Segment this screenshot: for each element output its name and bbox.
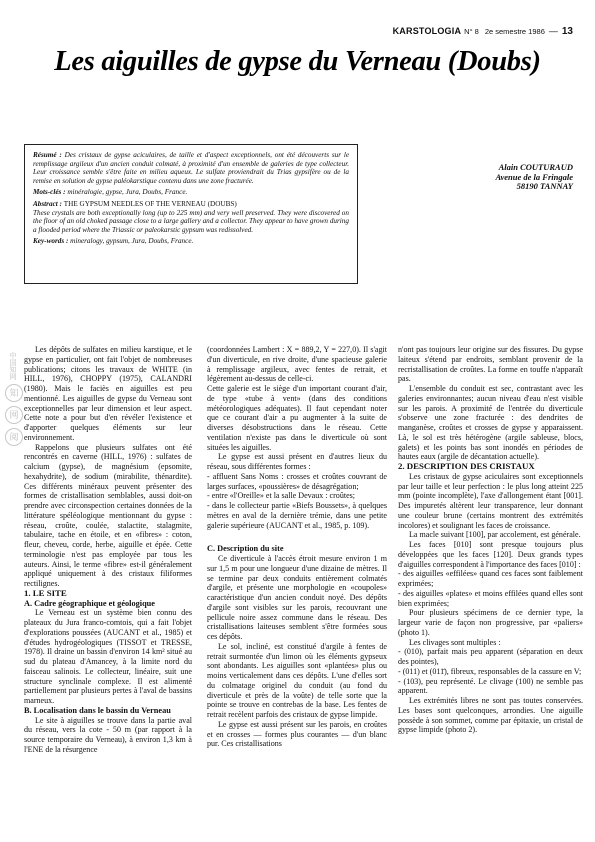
crystals-paragraph-2: La macle suivant [100], par accolement, …: [398, 530, 583, 540]
list-item: - (103), peu représenté. Le clivage (100…: [398, 677, 583, 697]
site-continued-paragraph-1: n'ont pas toujours leur origine sur des …: [398, 345, 583, 384]
author-address-line2: 58190 TANNAY: [495, 182, 573, 192]
dash-separator: —: [549, 26, 558, 36]
subsection-heading-a: A. Cadre géographique et géologique: [24, 599, 192, 609]
list-item: - entre «l'Oreille» et la salle Devaux :…: [207, 491, 387, 501]
journal-name: KARSTOLOGIA: [393, 26, 462, 36]
crystals-paragraph-4: Pour plusieurs spécimens de ce dernier t…: [398, 608, 583, 637]
crystals-paragraph-6: Les extrémités libres ne sont pas toutes…: [398, 696, 583, 735]
page-number: 13: [562, 26, 573, 37]
description-paragraph-3: Le gypse est aussi présent sur les paroi…: [207, 720, 387, 749]
list-item: - des aiguilles «effilées» quand ces fac…: [398, 569, 583, 589]
abstract-label: Abstract :: [33, 200, 62, 208]
watermark-circle-icon: 阅: [5, 428, 23, 446]
list-item: - (010), parfait mais peu apparent (sépa…: [398, 647, 583, 667]
resume-text: Des cristaux de gypse aciculaires, de ta…: [33, 151, 349, 185]
site-paragraph-1: Le Verneau est un système bien connu des…: [24, 608, 192, 706]
description-paragraph-1: Ce diverticule à l'accès étroit mesure e…: [207, 554, 387, 642]
crystals-paragraph-3: Les faces [010] sont presque toujours pl…: [398, 540, 583, 569]
watermark-text: 中国知网: [8, 352, 16, 380]
watermark-circle-icon: 网: [5, 406, 23, 424]
list-item: - dans le collecteur partie «Biefs Bouss…: [207, 501, 387, 530]
issue-semester: 2e semestre 1986: [485, 27, 545, 36]
section-heading-site: 1. LE SITE: [24, 589, 192, 599]
abstract-box: Résumé : Des cristaux de gypse aciculair…: [24, 144, 358, 284]
section-heading-crystals: 2. DESCRIPTION DES CRISTAUX: [398, 462, 583, 472]
abstract-paragraph: Abstract : THE GYPSUM NEEDLES OF THE VER…: [33, 200, 349, 209]
crystals-paragraph-5: Les clivages sont multiples :: [398, 638, 583, 648]
location-paragraph-3: Le gypse est aussi présent en d'autres l…: [207, 452, 387, 472]
author-block: Alain COUTURAUD Avenue de la Fringale 58…: [495, 163, 573, 192]
resume-label: Résumé :: [33, 151, 62, 159]
running-head: KARSTOLOGIAN° 82e semestre 1986—13: [393, 26, 573, 37]
subsection-heading-b: B. Localisation dans le bassin du Vernea…: [24, 706, 192, 716]
subsection-heading-c: C. Description du site: [207, 544, 387, 554]
intro-paragraph-2: Rappelons que plusieurs sulfates ont été…: [24, 443, 192, 589]
column-right: n'ont pas toujours leur origine sur des …: [398, 345, 583, 735]
list-item: - (011) et (011̄), fibreux, responsables…: [398, 667, 583, 677]
list-item: - affluent Sans Noms : crosses et croûte…: [207, 472, 387, 492]
description-paragraph-2: Le sol, incliné, est constitué d'argile …: [207, 642, 387, 720]
abstract-title: THE GYPSUM NEEDLES OF THE VERNEAU (DOUBS…: [64, 200, 237, 208]
cnki-watermark: 中国知网 知 网 阅: [4, 352, 26, 446]
column-middle: (coordonnées Lambert : X = 889,2, Y = 22…: [207, 345, 387, 749]
resume-paragraph: Résumé : Des cristaux de gypse aciculair…: [33, 151, 349, 185]
crystals-paragraph-1: Les cristaux de gypse aciculaires sont e…: [398, 472, 583, 531]
keywords-label: Key-words :: [33, 237, 68, 245]
motscles-paragraph: Mots-clés : minéralogie, gypse, Jura, Do…: [33, 188, 349, 197]
location-paragraph-2: Cette galerie est le siège d'un importan…: [207, 384, 387, 452]
list-item: - des aiguilles «plates» et moins effilé…: [398, 589, 583, 609]
abstract-text: These crystals are both exceptionally lo…: [33, 209, 349, 235]
article-title: Les aiguilles de gypse du Verneau (Doubs…: [0, 46, 595, 78]
issue-number: N° 8: [464, 27, 479, 36]
motscles-label: Mots-clés :: [33, 188, 66, 196]
location-paragraph-1: (coordonnées Lambert : X = 889,2, Y = 22…: [207, 345, 387, 384]
keywords-paragraph: Key-words : mineralogy, gypsum, Jura, Do…: [33, 237, 349, 246]
motscles-text: minéralogie, gypse, Jura, Doubs, France.: [67, 188, 187, 196]
watermark-circle-icon: 知: [5, 384, 23, 402]
intro-paragraph-1: Les dépôts de sulfates en milieu karstiq…: [24, 345, 192, 443]
site-paragraph-2: Le site à aiguilles se trouve dans la pa…: [24, 716, 192, 755]
column-left: Les dépôts de sulfates en milieu karstiq…: [24, 345, 192, 755]
site-continued-paragraph-2: L'ensemble du conduit est sec, contrasta…: [398, 384, 583, 462]
keywords-text: mineralogy, gypsum, Jura, Doubs, France.: [70, 237, 193, 245]
